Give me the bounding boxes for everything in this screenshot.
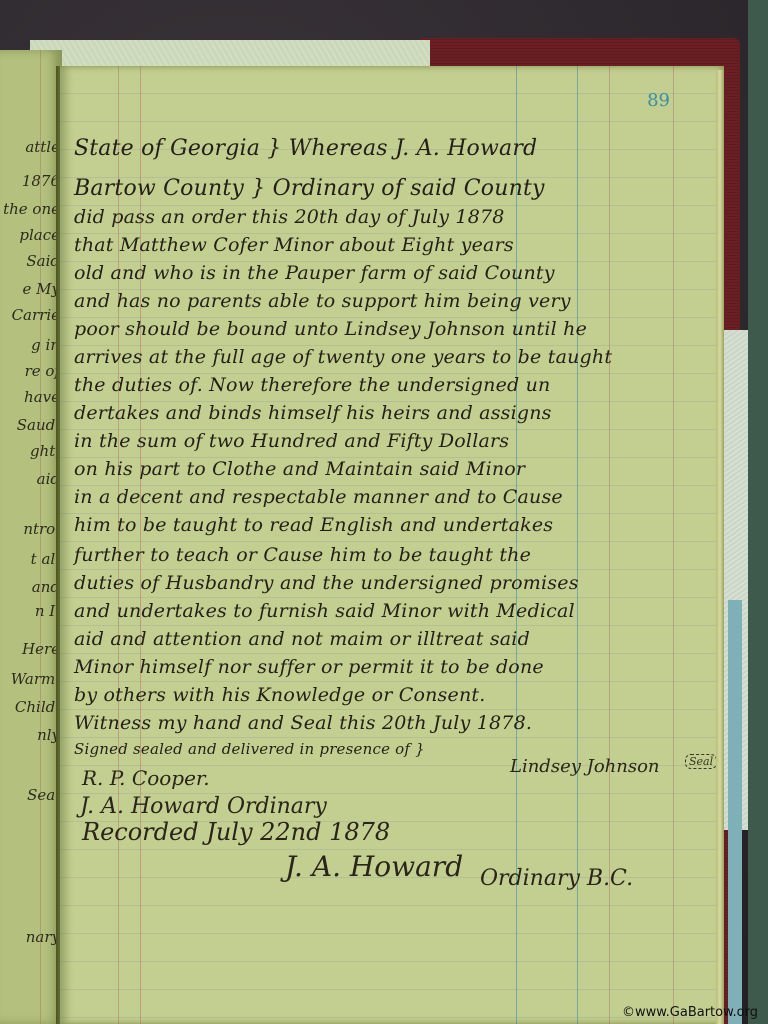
left-fragment: e My — [2, 280, 60, 298]
text-line: poor should be bound unto Lindsey Johnso… — [74, 318, 587, 340]
left-fragment: Carrie — [2, 306, 60, 324]
text-line: that Matthew Cofer Minor about Eight yea… — [74, 234, 514, 256]
left-fragment: nly — [2, 726, 60, 744]
left-fragment: aid — [2, 470, 60, 488]
left-fragment: Child. — [2, 698, 60, 716]
text-line: by others with his Knowledge or Consent. — [74, 684, 485, 706]
text-line: arrives at the full age of twenty one ye… — [74, 346, 612, 368]
left-fragment: place — [2, 226, 60, 244]
column-rule — [673, 66, 674, 1024]
left-fragment: ght, — [2, 442, 60, 460]
text-line: Minor himself nor suffer or permit it to… — [74, 656, 544, 678]
left-fragment: Said — [2, 252, 60, 270]
text-line: and undertakes to furnish said Minor wit… — [74, 600, 575, 622]
text-line: Bartow County } Ordinary of said County — [74, 176, 545, 201]
recorder-title: Ordinary B.C. — [480, 866, 633, 891]
text-line: duties of Husbandry and the undersigned … — [74, 572, 579, 594]
text-line: the duties of. Now therefore the undersi… — [74, 374, 551, 396]
left-seal: Seal — [2, 786, 60, 804]
left-fragment: t all — [2, 550, 60, 568]
text-line: Signed sealed and delivered in presence … — [74, 740, 425, 758]
text-line: in the sum of two Hundred and Fifty Doll… — [74, 430, 509, 452]
text-line: him to be taught to read English and und… — [74, 514, 553, 536]
text-line: Witness my hand and Seal this 20th July … — [74, 712, 532, 734]
witness-signature: J. A. Howard Ordinary — [80, 794, 327, 819]
witness-signature: R. P. Cooper. — [82, 766, 210, 790]
principal-signature: Lindsey Johnson — [510, 756, 660, 777]
text-line: and has no parents able to support him b… — [74, 290, 571, 312]
left-fragment: ntrol — [2, 520, 60, 538]
page-edge — [716, 70, 724, 1024]
text-line: did pass an order this 20th day of July … — [74, 206, 505, 228]
left-fragment: 1876 — [2, 172, 60, 190]
text-line: in a decent and respectable manner and t… — [74, 486, 563, 508]
recorded-line: Recorded July 22nd 1878 — [82, 818, 390, 846]
text-line: dertakes and binds himself his heirs and… — [74, 402, 552, 424]
left-fragment: Here — [2, 640, 60, 658]
left-fragment: nary — [2, 928, 60, 946]
seal-mark: Seal — [685, 754, 717, 769]
left-fragment: Warm. — [2, 670, 60, 688]
green-cloth — [748, 0, 768, 1024]
left-fragment: g in — [2, 336, 60, 354]
text-line: aid and attention and not maim or illtre… — [74, 628, 530, 650]
left-fragment: and — [2, 578, 60, 596]
blue-ribbon-edge — [728, 600, 742, 1024]
text-line: on his part to Clothe and Maintain said … — [74, 458, 525, 480]
left-fragment: Saud. — [2, 416, 60, 434]
recorder-signature: J. A. Howard — [285, 850, 463, 883]
left-page: attle 1876 the one place Said e My Carri… — [0, 50, 62, 1024]
text-line: further to teach or Cause him to be taug… — [74, 544, 531, 566]
text-line: old and who is in the Pauper farm of sai… — [74, 262, 555, 284]
left-fragment: the one — [2, 200, 60, 218]
ledger-page: 89 State of Georgia } Whereas J. A. Howa… — [60, 66, 724, 1024]
left-fragment: attle — [2, 138, 60, 156]
page-number: 89 — [647, 90, 670, 111]
text-line: State of Georgia } Whereas J. A. Howard — [74, 136, 537, 161]
left-fragment: re of — [2, 362, 60, 380]
left-fragment: n I. — [2, 602, 60, 620]
copyright-watermark: ©www.GaBartow.org — [622, 1005, 758, 1020]
left-fragment: have — [2, 388, 60, 406]
